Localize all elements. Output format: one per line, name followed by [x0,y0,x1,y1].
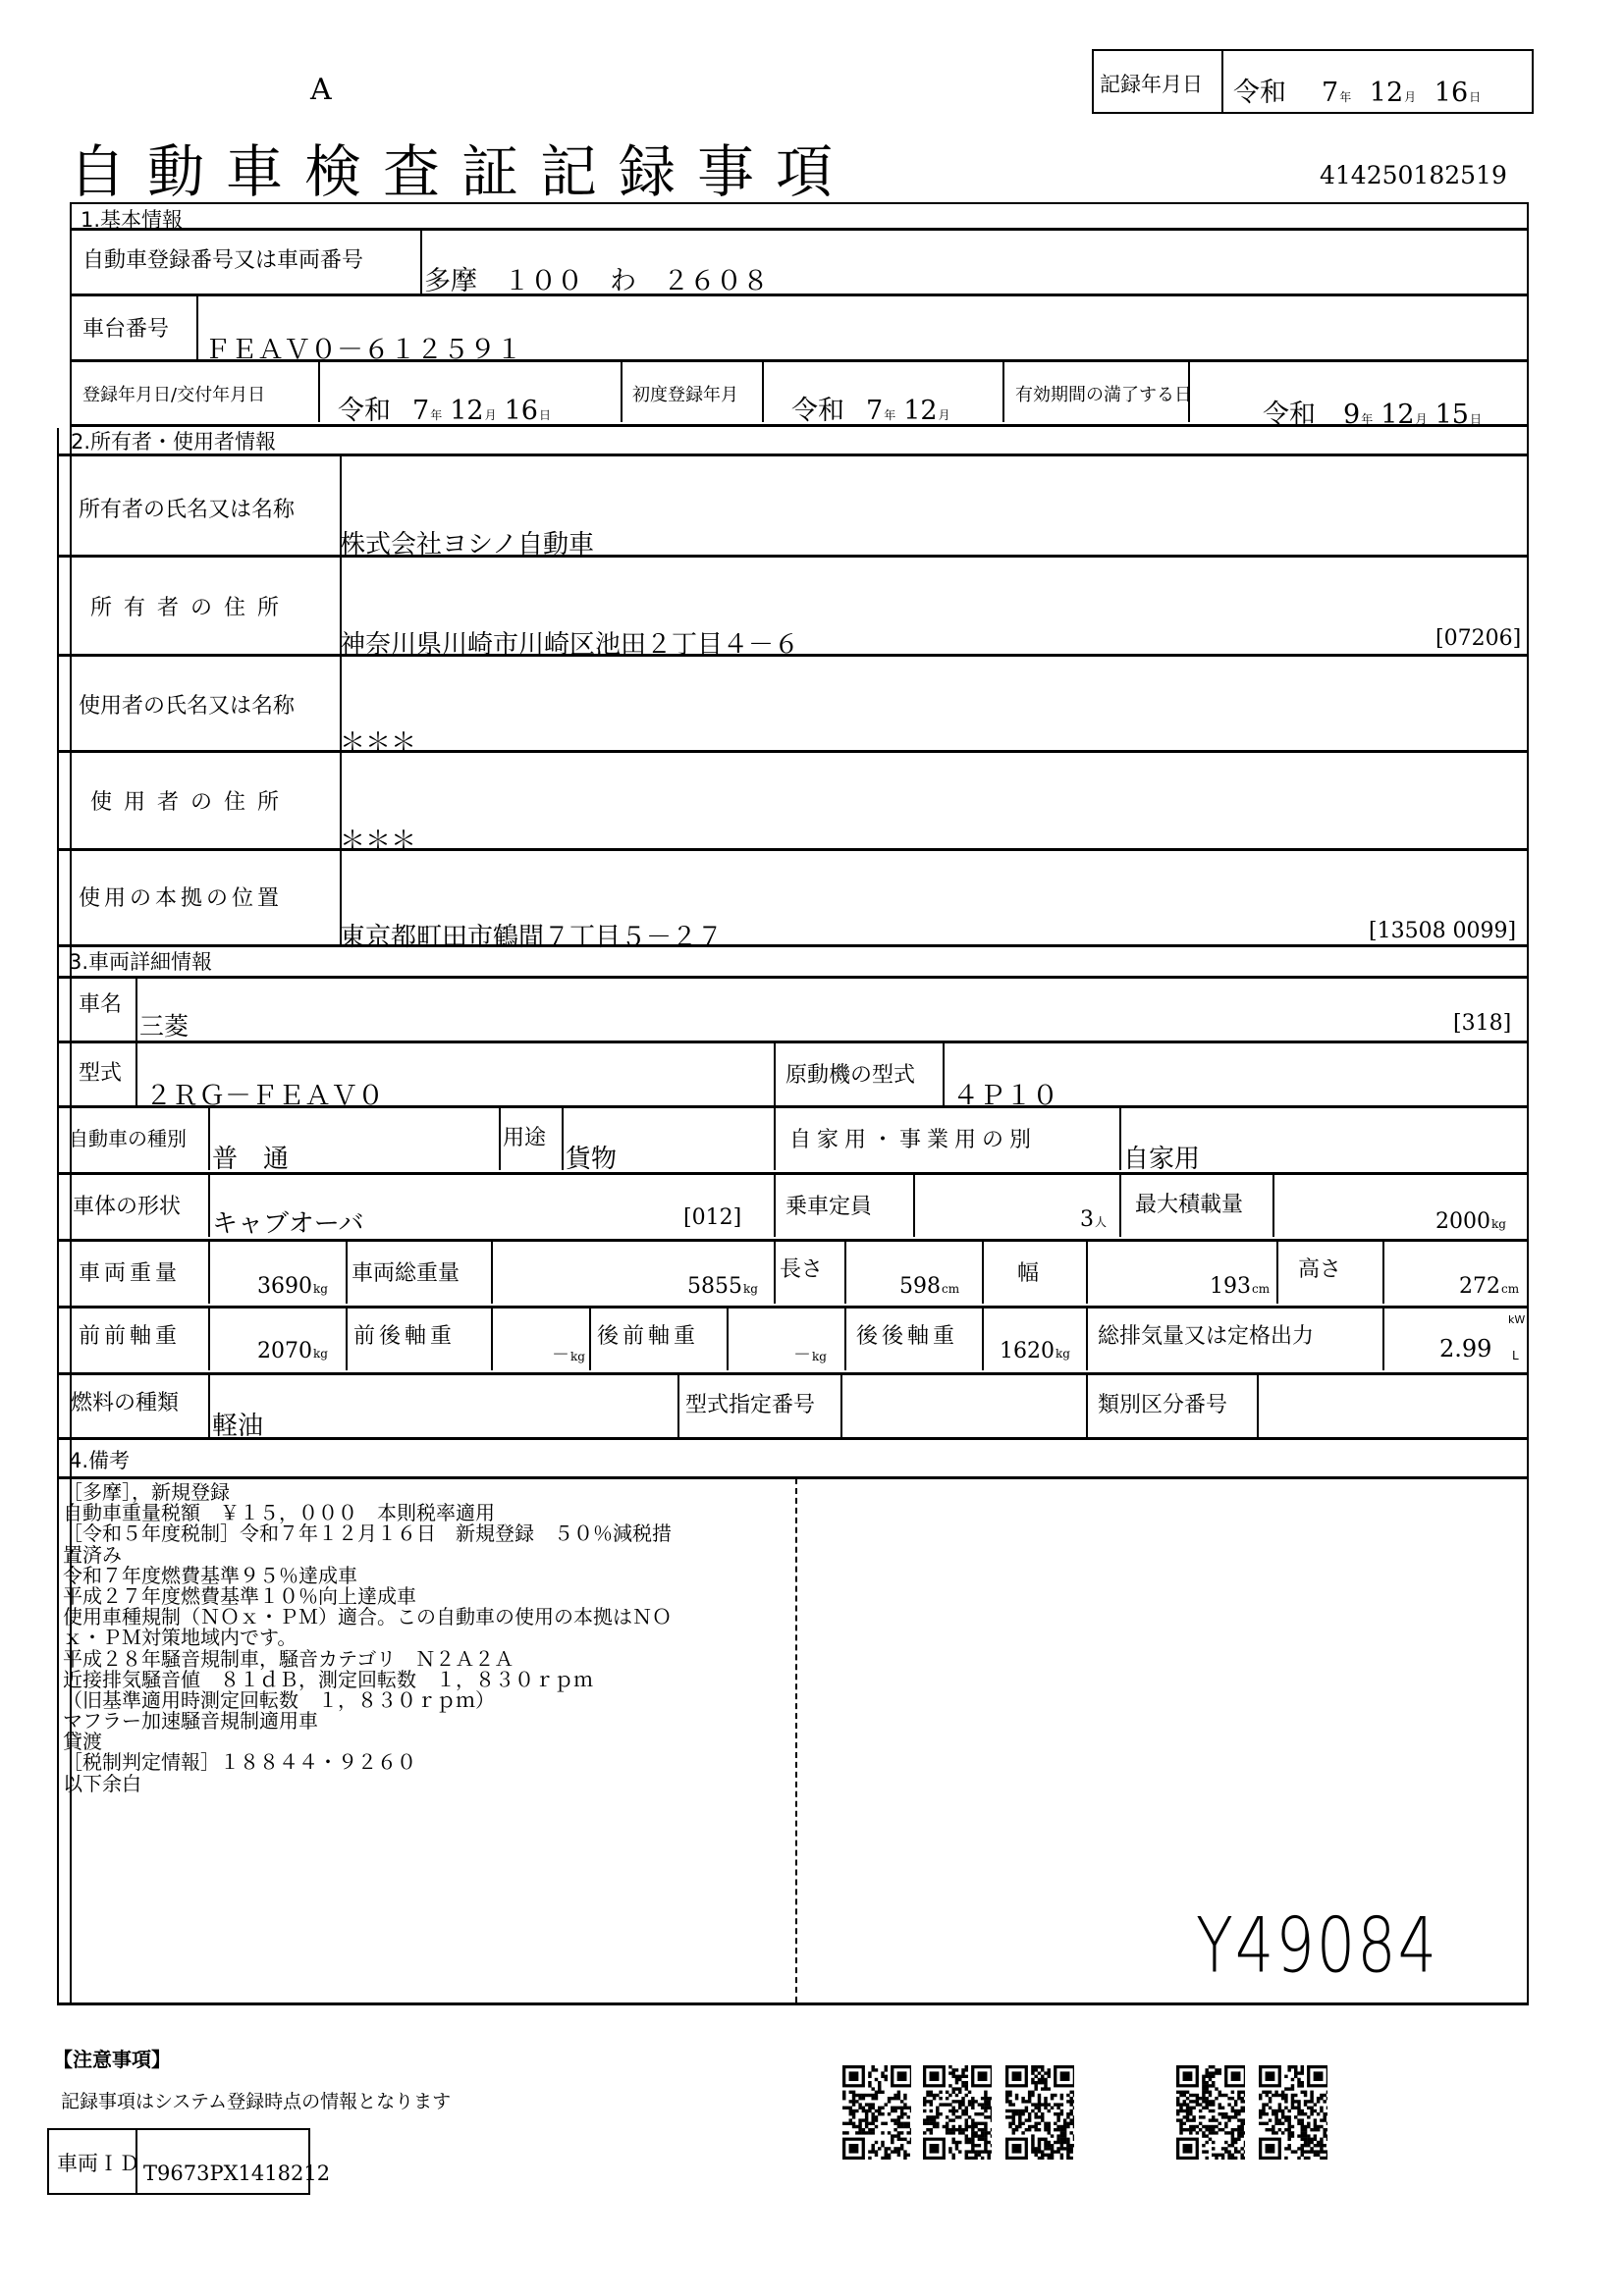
displacement-unit-top: kW [1508,1313,1525,1326]
vehicle-class-value: 普 通 [212,1139,289,1175]
category-label: 類別区分番号 [1098,1388,1227,1418]
ff-axle-label: 前前軸重 [79,1319,181,1350]
body-shape-value: キャブオーバ [212,1203,363,1240]
first-registration-label: 初度登録年月 [632,381,738,406]
max-load-value: 2000kg [1435,1209,1506,1234]
gross-weight-value: 5855kg [687,1274,758,1299]
notice-heading: 【注意事項】 [53,2044,171,2072]
record-date-box: 記録年月日 令和7年 12月 16日 [1092,49,1534,114]
remark-line: ［令和５年度税制］令和７年１２月１６日 新規登録 ５０％減税措 [63,1523,672,1544]
vehicle-id-value: T9673PX1418212 [143,2162,330,2185]
vehicle-id-box: 車両ＩＤ T9673PX1418212 [47,2128,310,2195]
owner-address-code: [07206] [1435,626,1521,651]
remark-line: 置済み [63,1545,672,1566]
capacity-label: 乗車定員 [785,1190,872,1220]
record-date-value: 令和7年 12月 16日 [1233,71,1481,109]
private-business-label: 自家用・事業用の別 [789,1123,1037,1153]
purpose-value: 貨物 [566,1139,617,1175]
record-date-label: 記録年月日 [1100,69,1203,98]
make-value: 三菱 [139,1007,189,1042]
private-business-value: 自家用 [1123,1139,1200,1175]
vehicle-class-label: 自動車の種別 [69,1123,187,1151]
rf-axle-label: 後前軸重 [597,1319,699,1350]
model-label: 型式 [79,1056,122,1087]
section-3-heading: 3.車両詳細情報 [69,946,212,976]
engine-model-label: 原動機の型式 [785,1058,915,1089]
base-location-code: [13508 0099] [1369,919,1516,943]
remark-line: 令和７年度燃費基準９５％達成車 [63,1566,672,1586]
first-registration-value: 令和7年12月 [791,389,950,427]
qr-code-1 [842,2065,911,2160]
qr-code-3 [1005,2065,1074,2160]
make-code: [318] [1453,1011,1511,1036]
handwritten-note: Y49084 [1196,1900,1438,1990]
rr-axle-label: 後後軸重 [856,1319,958,1350]
registration-number-value: 多摩 １００ わ ２６０８ [424,259,769,297]
remark-line: 平成２８年騒音規制車，騒音カテゴリ Ｎ２Ａ２Ａ [63,1649,672,1670]
displacement-unit-bottom: L [1512,1349,1519,1362]
notice-text: 記録事項はシステム登録時点の情報となります [61,2087,451,2113]
chassis-number-label: 車台番号 [82,312,169,343]
owner-name-label: 所有者の氏名又は名称 [79,493,295,523]
ff-axle-value: 2070kg [257,1339,328,1363]
qr-code-2 [923,2065,992,2160]
max-load-label: 最大積載量 [1135,1188,1243,1218]
body-shape-code: [012] [683,1205,741,1230]
height-label: 高さ [1298,1253,1341,1283]
gross-weight-label: 車両総重量 [352,1256,460,1287]
user-name-value: ＊＊＊ [340,722,416,759]
length-label: 長さ [780,1253,823,1283]
remarks-list: ［多摩］，新規登録自動車重量税額 ￥１５，０００ 本則税率適用［令和５年度税制］… [63,1482,672,1794]
capacity-value: 3人 [1080,1207,1107,1232]
width-value: 193cm [1210,1274,1270,1299]
fuel-label: 燃料の種類 [71,1386,179,1416]
registration-date-label: 登録年月日/交付年月日 [82,381,265,406]
remark-line: 以下余白 [63,1774,672,1794]
remark-line: ［税制判定情報］１８８４４・９２６０ [63,1752,672,1773]
user-address-value: ＊＊＊ [340,821,416,857]
section-2-heading: 2.所有者・使用者情報 [71,426,276,455]
remark-line: 平成２７年度燃費基準１０％向上達成車 [63,1586,672,1607]
base-location-value: 東京都町田市鶴間７丁目５－２７ [340,917,723,953]
section-4-heading: 4.備考 [69,1445,130,1474]
body-shape-label: 車体の形状 [73,1190,181,1220]
displacement-label: 総排気量又は定格出力 [1098,1319,1314,1350]
registration-number-label: 自動車登録番号又は車両番号 [82,243,363,274]
displacement-value: 2.99 [1439,1335,1491,1362]
rr-axle-value: 1620kg [1000,1339,1070,1363]
registration-date-value: 令和7年12月16日 [338,389,551,427]
length-value: 598cm [899,1274,959,1299]
user-name-label: 使用者の氏名又は名称 [79,689,295,720]
make-label: 車名 [79,988,122,1018]
fr-axle-label: 前後軸重 [353,1319,456,1350]
vehicle-weight-value: 3690kg [257,1274,328,1299]
document-number: 414250182519 [1320,161,1507,189]
remark-line: 近接排気騒音値 ８１ｄＢ，測定回転数 １，８３０ｒｐｍ [63,1670,672,1690]
remark-line: ［多摩］，新規登録 [63,1482,672,1503]
expiry-label: 有効期間の満了する日 [1015,381,1192,406]
page-title: 自動車検査証記録事項 [69,126,854,208]
width-label: 幅 [1017,1256,1039,1287]
remark-line: マフラー加速騒音規制適用車 [63,1711,672,1732]
qr-code-5 [1259,2065,1327,2160]
base-location-label: 使用の本拠の位置 [79,881,283,912]
rf-axle-value: －kg [793,1341,827,1366]
height-value: 272cm [1459,1274,1519,1299]
form-letter: A [310,73,332,107]
owner-address-label: 所有者の住所 [90,591,291,621]
vehicle-id-label: 車両ＩＤ [57,2148,139,2177]
type-designation-label: 型式指定番号 [685,1388,815,1418]
remark-line: 使用車種規制（ＮＯｘ・ＰＭ）適合。この自動車の使用の本拠はＮＯ [63,1607,672,1628]
purpose-label: 用途 [503,1121,546,1151]
fr-axle-value: －kg [552,1341,585,1366]
user-address-label: 使用者の住所 [90,785,291,816]
remark-line: 自動車重量税額 ￥１５，０００ 本則税率適用 [63,1503,672,1523]
remark-line: 貸渡 [63,1732,672,1752]
qr-code-4 [1176,2065,1245,2160]
remarks-divider [795,1478,797,2002]
remark-line: （旧基準適用時測定回転数 １，８３０ｒｐｍ） [63,1690,672,1711]
vehicle-weight-label: 車両重量 [79,1256,181,1287]
remark-line: ｘ・ＰＭ対策地域内です。 [63,1628,672,1648]
